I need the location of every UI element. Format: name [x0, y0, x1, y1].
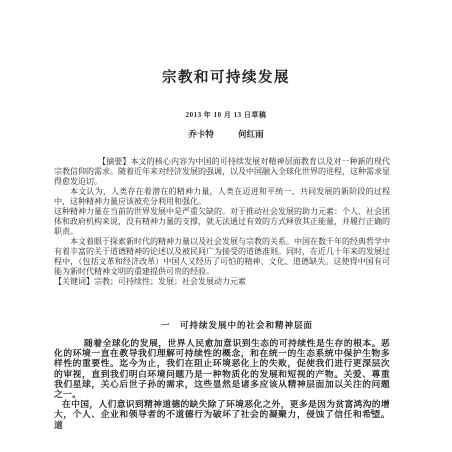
author-line: 乔卡特 何红雨 — [0, 128, 452, 140]
abstract-block: 【摘要】本文的核心内容为中国的可持续发展对精神层面教育以及对一种新的现代宗教信仰… — [54, 157, 390, 287]
body-paragraph-2: 在中国，人们意识到精神道德的缺失除了环境恶化之外，更多是因为贫富鸿沟的增大，个人… — [54, 400, 390, 431]
abstract-paragraph-4: 本文着眼于探索新时代的精神力量以及社会发展与宗教的关系。中国在数千年的经典哲学中… — [54, 237, 390, 277]
abstract-label: 【摘要】 — [98, 157, 130, 166]
body-paragraph-1: 随着全球化的发展，世界人民愈加意识到生态的可持续性是生存的根本。恶化的环境一直在… — [54, 339, 390, 400]
keywords-text: 宗教；可持续性；发展；社会发展动力元素 — [94, 277, 246, 286]
section-1-heading: 一 可持续发展中的社会和精神层面 — [69, 319, 405, 331]
abstract-paragraph-1: 【摘要】本文的核心内容为中国的可持续发展对精神层面教育以及对一种新的现代宗教信仰… — [54, 157, 390, 187]
author-name-2: 何红雨 — [238, 129, 264, 139]
keywords-label: 【关键词】 — [54, 277, 94, 286]
abstract-paragraph-2: 本文认为，人类存在着潜在的精神力量，人类在迈进和平统一、共同发展的新阶段的过程中… — [54, 187, 390, 207]
abstract-paragraph-3: 这种精神力量在当前的世界发展中是严重欠缺的。对于推动社会发展的助力元素：个人、社… — [54, 207, 390, 237]
section-1-body: 随着全球化的发展，世界人民愈加意识到生态的可持续性是生存的根本。恶化的环境一直在… — [54, 339, 390, 431]
author-name-1: 乔卡特 — [188, 129, 214, 139]
keywords-line: 【关键词】宗教；可持续性；发展；社会发展动力元素 — [54, 277, 390, 287]
page-title: 宗教和可持续发展 — [0, 66, 452, 87]
draft-date: 2013 年 10 月 13 日草稿 — [0, 110, 452, 120]
page-number: 1 — [370, 408, 374, 416]
paper-page: 宗教和可持续发展 2013 年 10 月 13 日草稿 乔卡特 何红雨 【摘要】… — [0, 0, 452, 452]
